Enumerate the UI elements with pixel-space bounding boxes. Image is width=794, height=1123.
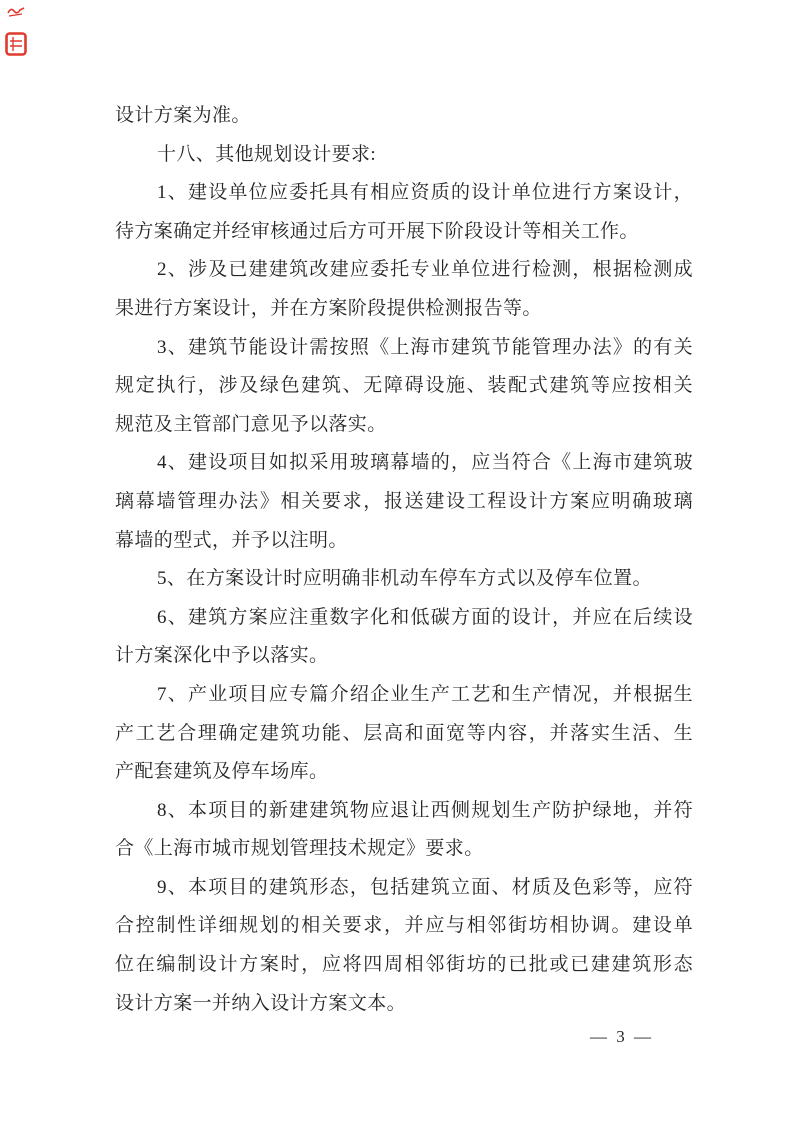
text-line: 幕墙的型式，并予以注明。: [115, 522, 693, 561]
text-line: 9、本项目的建筑形态，包括建筑立面、材质及色彩等，应符: [115, 869, 693, 908]
text-line: 合控制性详细规划的相关要求，并应与相邻街坊相协调。建设单: [115, 907, 693, 946]
text-line: 果进行方案设计，并在方案阶段提供检测报告等。: [115, 290, 693, 329]
text-line: 2、涉及已建建筑改建应委托专业单位进行检测，根据检测成: [115, 251, 693, 290]
text-line: 十八、其他规划设计要求:: [115, 136, 693, 175]
text-line: 产配套建筑及停车场库。: [115, 753, 693, 792]
text-line: 5、在方案设计时应明确非机动车停车方式以及停车位置。: [115, 560, 693, 599]
text-line: 设计方案一并纳入设计方案文本。: [115, 985, 693, 1024]
red-scribble-artifact: [7, 5, 25, 17]
text-line: 3、建筑节能设计需按照《上海市建筑节能管理办法》的有关: [115, 329, 693, 368]
text-line: 规范及主管部门意见予以落实。: [115, 406, 693, 445]
text-line: 6、建筑方案应注重数字化和低碳方面的设计，并应在后续设: [115, 599, 693, 638]
text-line: 1、建设单位应委托具有相应资质的设计单位进行方案设计，: [115, 174, 693, 213]
text-line: 8、本项目的新建建筑物应退让西侧规划生产防护绿地，并符: [115, 792, 693, 831]
text-line: 设计方案为准。: [115, 97, 693, 136]
text-line: 璃幕墙管理办法》相关要求，报送建设工程设计方案应明确玻璃: [115, 483, 693, 522]
text-line: 位在编制设计方案时，应将四周相邻街坊的已批或已建建筑形态: [115, 946, 693, 985]
text-line: 规定执行，涉及绿色建筑、无障碍设施、装配式建筑等应按相关: [115, 367, 693, 406]
text-line: 4、建设项目如拟采用玻璃幕墙的，应当符合《上海市建筑玻: [115, 444, 693, 483]
text-line: 7、产业项目应专篇介绍企业生产工艺和生产情况，并根据生: [115, 676, 693, 715]
text-line: 计方案深化中予以落实。: [115, 637, 693, 676]
page-number: — 3 —: [590, 1026, 654, 1048]
document-body: 设计方案为准。十八、其他规划设计要求:1、建设单位应委托具有相应资质的设计单位进…: [115, 97, 693, 1023]
text-line: 合《上海市城市规划管理技术规定》要求。: [115, 830, 693, 869]
text-line: 产工艺合理确定建筑功能、层高和面宽等内容，并落实生活、生: [115, 715, 693, 754]
text-line: 待方案确定并经审核通过后方可开展下阶段设计等相关工作。: [115, 213, 693, 252]
red-stamp-artifact: [5, 32, 27, 56]
document-page: 设计方案为准。十八、其他规划设计要求:1、建设单位应委托具有相应资质的设计单位进…: [0, 0, 794, 1123]
